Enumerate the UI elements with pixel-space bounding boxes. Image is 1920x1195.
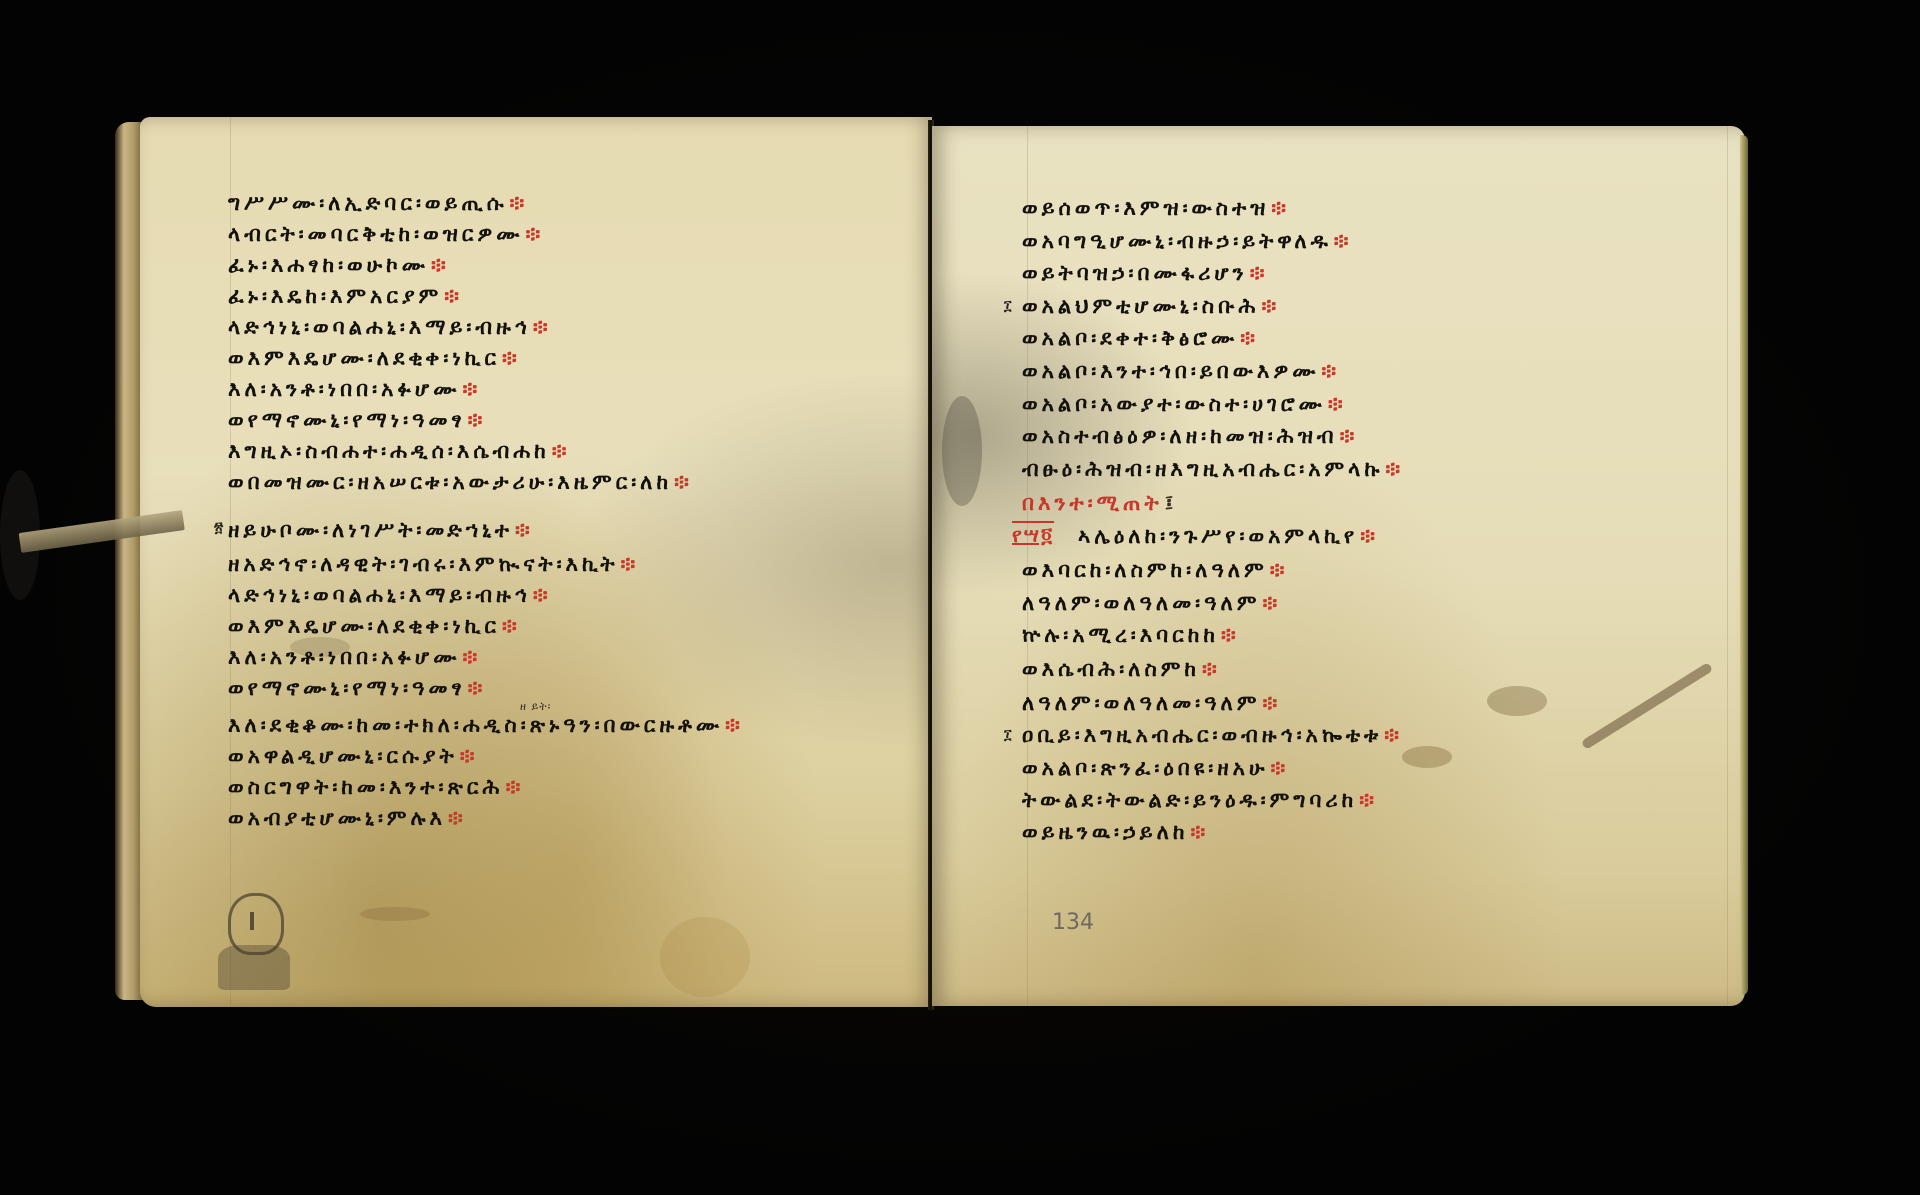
text-line: ወአልቦ፡አውያተ፡ውስተ፡ሀገሮሙ፨ xyxy=(1022,391,1343,417)
text-line: ትውልደ፡ትውልድ፡ይንዕዱ፡ምግባሪከ፨ xyxy=(1022,787,1374,813)
sketch-figure-nose xyxy=(250,912,254,930)
text-line: ወአልቦ፡ደቀተ፡ቅፅሮሙ፨ xyxy=(1022,325,1255,351)
text-line: ለዓለም፡ወለዓለመ፡ዓለም፨ xyxy=(1022,590,1277,616)
text-line: ወአብያቲሆሙኒ፡ምሉእ፨ xyxy=(228,805,463,831)
stain xyxy=(1487,686,1547,716)
stain xyxy=(942,396,982,506)
rubric-heading: በእንተ፡ሚጠት፤ xyxy=(1022,490,1173,516)
text-line: ወየማኖሙኒ፡የማነ፡ዓመፃ፨ xyxy=(228,407,482,433)
marginal-numeral: ፳ xyxy=(214,520,223,536)
text-line: ላድኅነኒ፡ወባልሐኒ፡እማይ፡ብዙኅ፨ xyxy=(228,582,548,608)
text-line: ወእሴብሕ፡ለስምከ፨ xyxy=(1022,656,1217,682)
text-line: ወይሰወጥ፡እምዝ፡ውስተዝ፨ xyxy=(1022,195,1286,221)
stain xyxy=(660,917,750,997)
text-line: ኣሌዕለከ፡ንጉሥየ፡ወአምላኪየ፨ xyxy=(1078,523,1375,549)
text-line: እለ፡አንቶ፡ነበበ፡አፉሆሙ፨ xyxy=(228,644,477,670)
sketch-figure-face xyxy=(228,893,284,955)
text-line: ወአባግዒሆሙኒ፡ብዙኃ፡ይትዋለዱ፨ xyxy=(1022,228,1349,254)
text-line: ወእባርከ፡ለስምከ፡ለዓለም፨ xyxy=(1022,557,1284,583)
text-line: ዐቢይ፡እግዚአብሔር፡ወብዙኅ፡አኰቴቱ፨ xyxy=(1022,722,1399,748)
text-line: እለ፡ደቂቆሙ፡ከመ፡ተክለ፡ሐዲስ፡ጽኑዓን፡በውርዙቶሙ፨ xyxy=(228,712,740,738)
text-line: ኵሉ፡አሚረ፡እባርከከ፨ xyxy=(1022,622,1236,648)
text-line: ላብርት፡መባርቅቲከ፡ወዝርዎሙ፨ xyxy=(228,221,540,247)
text-line: ወእምእዴሆሙ፡ለደቂቀ፡ነኪር፨ xyxy=(228,613,517,639)
marginal-numeral: ፲ xyxy=(1004,298,1011,314)
diagonal-stain xyxy=(1581,662,1714,750)
text-line: ላድኅነኒ፡ወባልሐኒ፡እማይ፡ብዙኅ፨ xyxy=(228,314,548,340)
text-line: ግሥሥሙ፡ለኢድባር፡ወይጢሱ፨ xyxy=(228,190,524,216)
text-line: እግዚኦ፡ስብሐተ፡ሐዲሰ፡እሴብሐከ፨ xyxy=(228,438,567,464)
text-line: ዘአድኅኖ፡ለዳዊት፡ገብሩ፡እምኲናት፡እኪት፨ xyxy=(228,551,635,577)
text-line: ብፁዕ፡ሕዝብ፡ዘእግዚአብሔር፡አምላኩ፨ xyxy=(1022,456,1400,482)
text-line: ወአልቦ፡ጽንፈ፡ዕበዩ፡ዘአሁ፨ xyxy=(1022,755,1285,781)
text-line: ወአልህምቲሆሙኒ፡ስቡሕ፨ xyxy=(1022,293,1276,319)
text-line: ወስርግዋት፡ከመ፡እንተ፡ጽርሕ፨ xyxy=(228,774,520,800)
text-line: ወይትባዝኃ፡በሙፋሪሆን፨ xyxy=(1022,260,1264,286)
text-line: ወአዋልዲሆሙኒ፡ርሱያት፨ xyxy=(228,743,474,769)
text-line: ወይዜንዉ፡ኃይለከ፨ xyxy=(1022,819,1205,845)
text-line: ዘይሁቦሙ፡ለነገሥት፡መድኀኒተ፨ xyxy=(228,517,530,543)
text-line: እለ፡አንቶ፡ነበበ፡አፉሆሙ፨ xyxy=(228,376,477,402)
text-line: ፈኑ፡እዴከ፡እምአርያም፨ xyxy=(228,283,459,309)
folio-number: 134 xyxy=(1052,910,1094,935)
text-line: ወእምእዴሆሙ፡ለደቂቀ፡ነኪር፨ xyxy=(228,345,517,371)
stain xyxy=(360,907,430,921)
text-line: ወአስተብፅዕዎ፡ለዘ፡ከመዝ፡ሕዝብ፨ xyxy=(1022,423,1354,449)
text-line: ወበመዝሙር፡ዘአሠርቱ፡አውታሪሁ፡እዜምር፡ለከ፨ xyxy=(228,469,689,495)
right-page-edge xyxy=(1740,135,1748,995)
text-line: ለዓለም፡ወለዓለመ፡ዓለም፨ xyxy=(1022,690,1277,716)
text-line: ፈኑ፡እሐፃከ፡ወሁኮሙ፨ xyxy=(228,252,446,278)
text-line: ወአልቦ፡እንተ፡ኅበ፡ይበውእዎሙ፨ xyxy=(1022,358,1336,384)
text-line: ወየማኖሙኒ፡የማነ፡ዓመፃ፨ xyxy=(228,675,482,701)
marginal-numeral: ፲ xyxy=(1004,727,1011,743)
rubric-verse-number: የሣ፬ xyxy=(1012,523,1054,547)
ruling-line xyxy=(1727,126,1728,1006)
stain xyxy=(1402,746,1452,768)
